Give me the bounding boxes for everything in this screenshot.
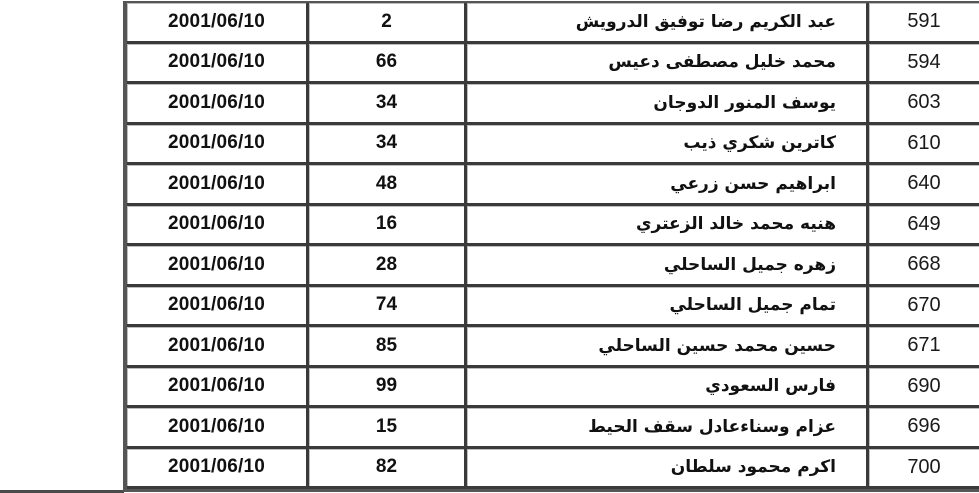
name-cell: عبد الكريم رضا توفيق الدرويش [467,3,869,44]
date-cell: 2001/06/10 [127,327,309,368]
left-margin-panel [0,0,124,493]
name-cell: هنيه محمد خالد الزعتري [467,206,869,247]
id-cell: 610 [869,125,979,166]
table-row: 2001/06/10 16 هنيه محمد خالد الزعتري 649 [127,206,979,247]
name-cell: كاترين شكري ذيب [467,125,869,166]
table-row: 2001/06/10 34 كاترين شكري ذيب 610 [127,125,979,166]
id-cell: 700 [869,449,979,490]
date-cell: 2001/06/10 [127,3,309,44]
date-cell: 2001/06/10 [127,84,309,125]
name-cell: ابراهيم حسن زرعي [467,165,869,206]
id-cell: 603 [869,84,979,125]
name-cell: تمام جميل الساحلي [467,287,869,328]
id-cell: 668 [869,246,979,287]
table-row: 2001/06/10 34 يوسف المنور الدوجان 603 [127,84,979,125]
id-cell: 696 [869,408,979,449]
id-cell: 670 [869,287,979,328]
table-row: 2001/06/10 82 اكرم محمود سلطان 700 [127,449,979,490]
table-row: 2001/06/10 85 حسين محمد حسين الساحلي 671 [127,327,979,368]
table-row: 2001/06/10 99 فارس السعودي 690 [127,368,979,409]
table-row: 2001/06/10 66 محمد خليل مصطفى دعيس 594 [127,44,979,85]
score-cell: 34 [309,84,467,125]
score-cell: 15 [309,408,467,449]
date-cell: 2001/06/10 [127,206,309,247]
date-cell: 2001/06/10 [127,408,309,449]
records-table: 2001/06/10 2 عبد الكريم رضا توفيق الدروي… [127,3,979,489]
table-row: 2001/06/10 74 تمام جميل الساحلي 670 [127,287,979,328]
name-cell: زهره جميل الساحلي [467,246,869,287]
date-cell: 2001/06/10 [127,44,309,85]
id-cell: 640 [869,165,979,206]
score-cell: 74 [309,287,467,328]
date-cell: 2001/06/10 [127,165,309,206]
name-cell: يوسف المنور الدوجان [467,84,869,125]
document-page: 2001/06/10 2 عبد الكريم رضا توفيق الدروي… [0,0,979,493]
table-row: 2001/06/10 48 ابراهيم حسن زرعي 640 [127,165,979,206]
id-cell: 594 [869,44,979,85]
date-cell: 2001/06/10 [127,246,309,287]
score-cell: 16 [309,206,467,247]
score-cell: 85 [309,327,467,368]
id-cell: 591 [869,3,979,44]
score-cell: 99 [309,368,467,409]
score-cell: 48 [309,165,467,206]
name-cell: فارس السعودي [467,368,869,409]
name-cell: اكرم محمود سلطان [467,449,869,490]
table-row: 2001/06/10 15 عزام وسناءعادل سقف الحيط 6… [127,408,979,449]
score-cell: 2 [309,3,467,44]
date-cell: 2001/06/10 [127,125,309,166]
name-cell: عزام وسناءعادل سقف الحيط [467,408,869,449]
table-row: 2001/06/10 28 زهره جميل الساحلي 668 [127,246,979,287]
records-table-container: 2001/06/10 2 عبد الكريم رضا توفيق الدروي… [123,1,979,492]
score-cell: 66 [309,44,467,85]
name-cell: حسين محمد حسين الساحلي [467,327,869,368]
id-cell: 690 [869,368,979,409]
date-cell: 2001/06/10 [127,287,309,328]
table-row: 2001/06/10 2 عبد الكريم رضا توفيق الدروي… [127,3,979,44]
score-cell: 34 [309,125,467,166]
date-cell: 2001/06/10 [127,449,309,490]
id-cell: 649 [869,206,979,247]
score-cell: 28 [309,246,467,287]
score-cell: 82 [309,449,467,490]
date-cell: 2001/06/10 [127,368,309,409]
name-cell: محمد خليل مصطفى دعيس [467,44,869,85]
id-cell: 671 [869,327,979,368]
